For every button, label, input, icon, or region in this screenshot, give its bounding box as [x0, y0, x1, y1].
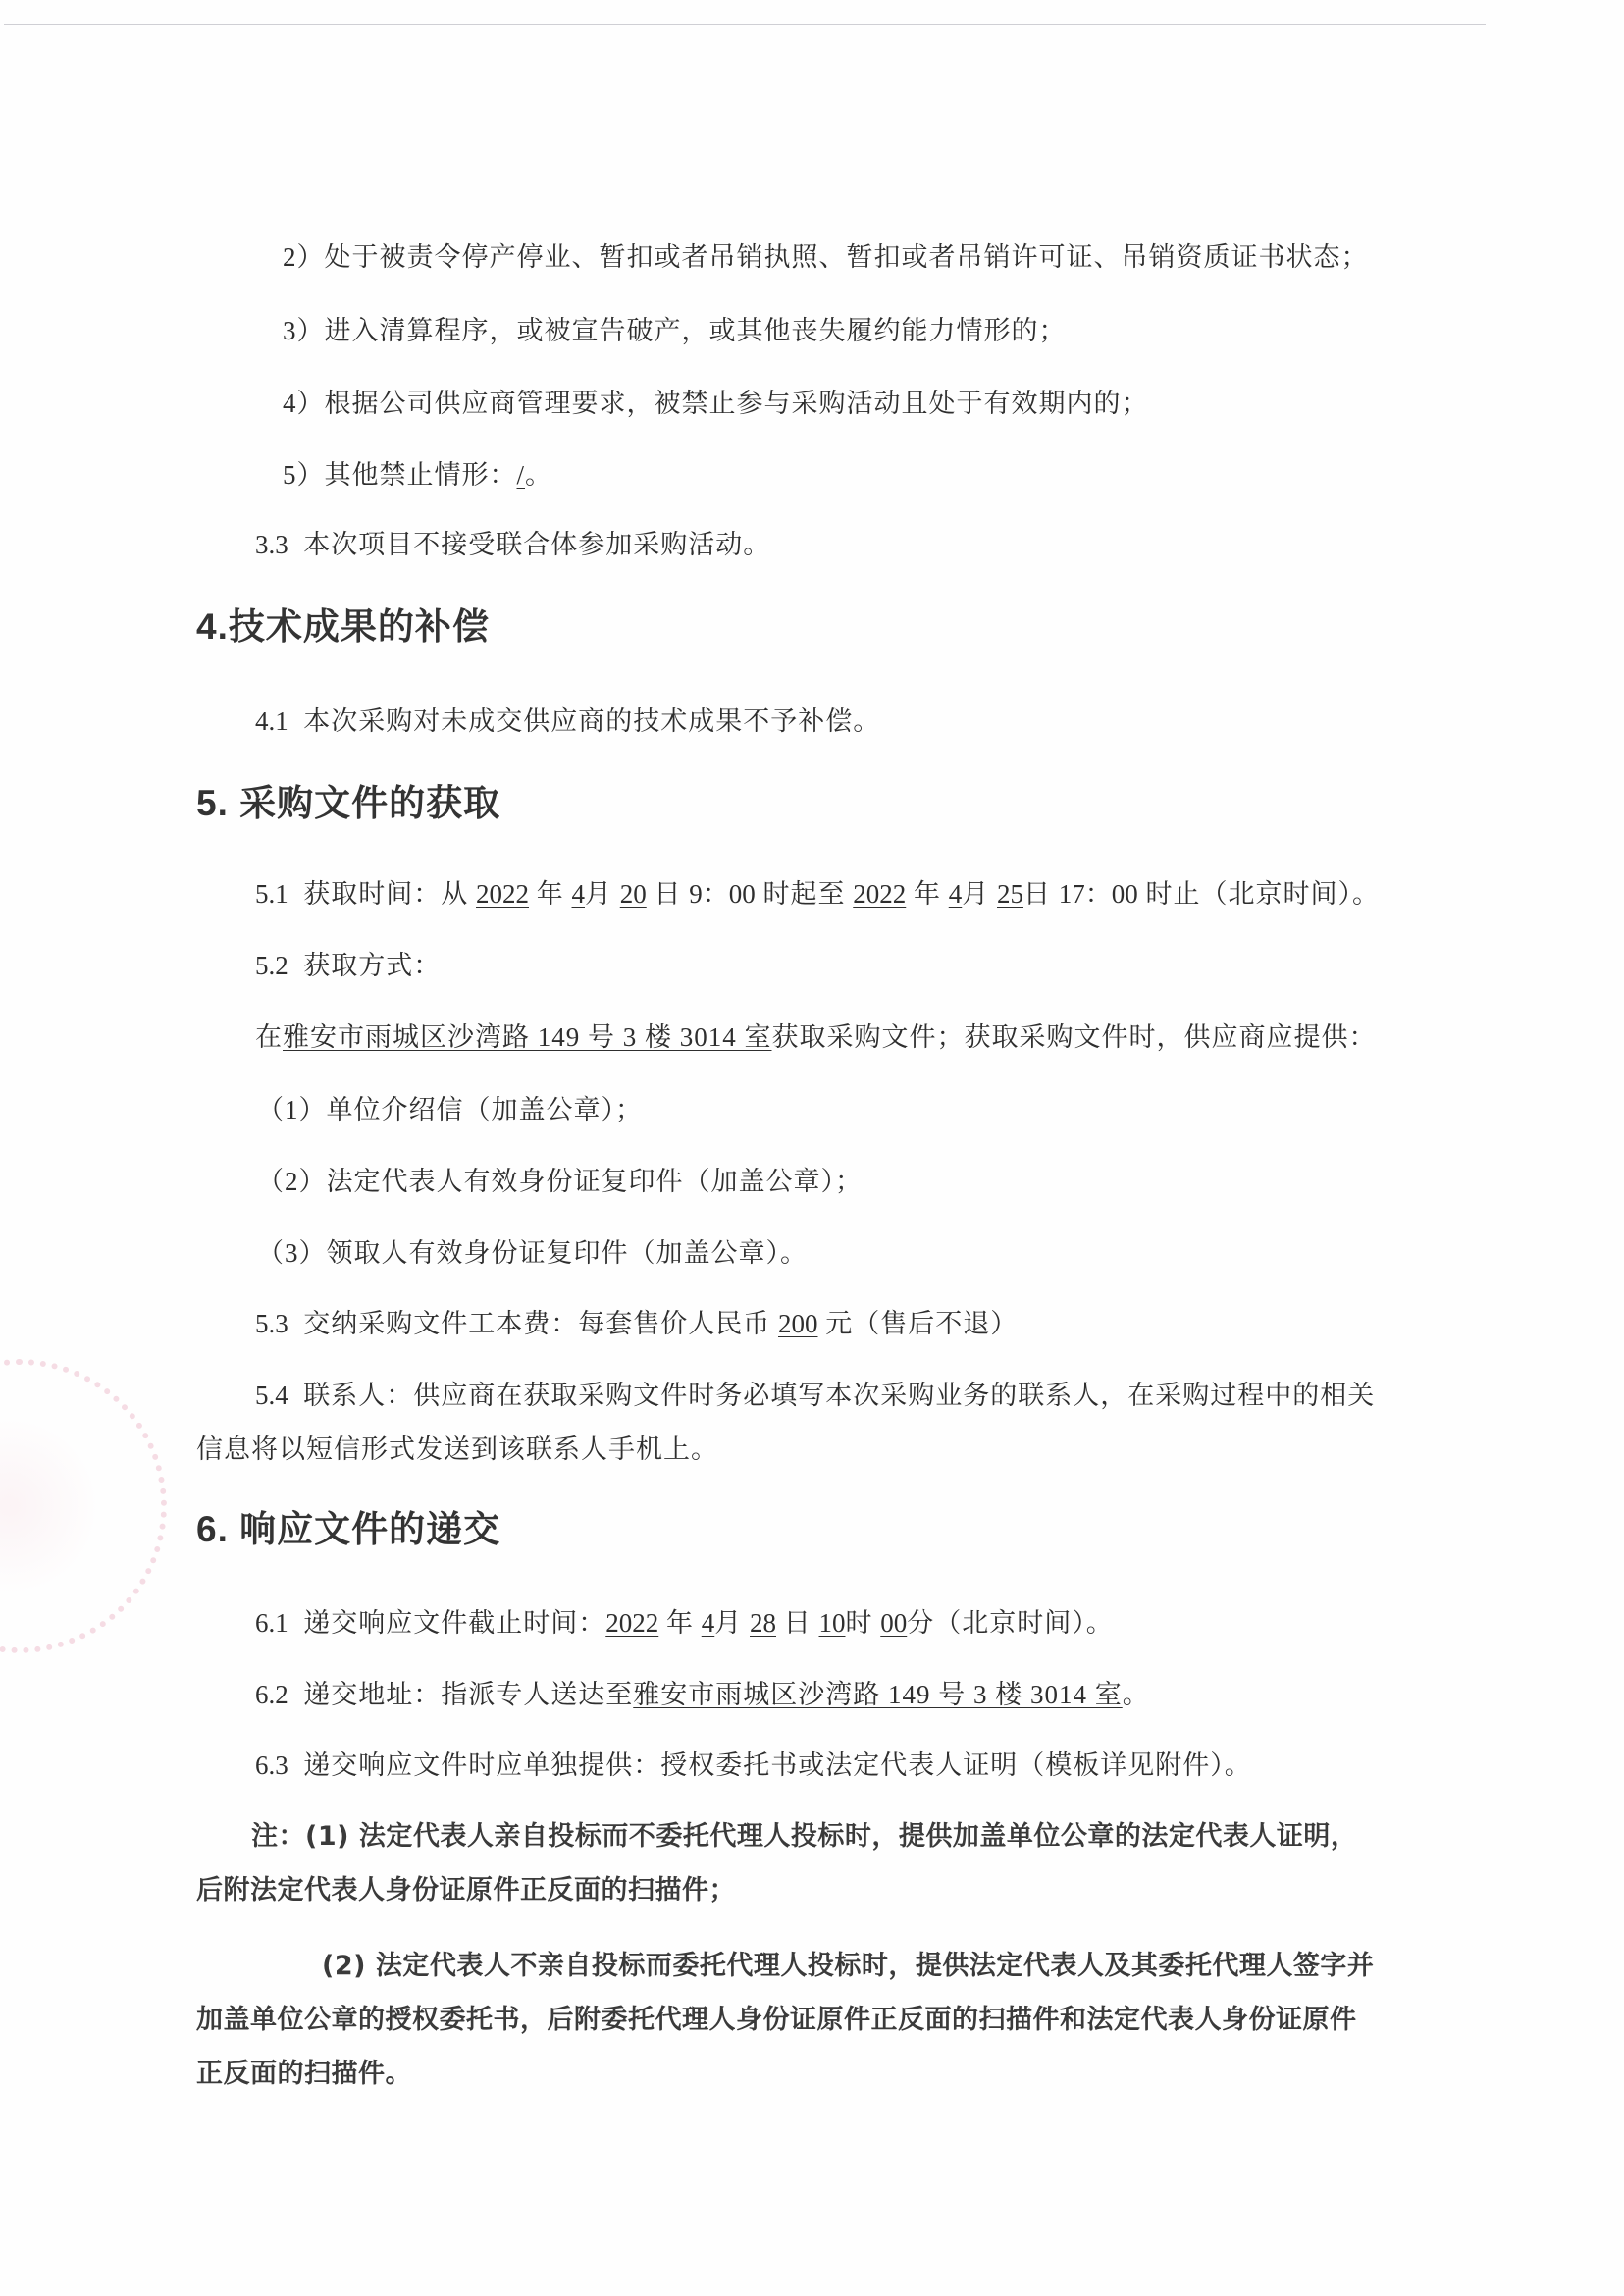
item-marker: 3） [283, 316, 325, 345]
end-year: 2022 [853, 879, 906, 909]
clause-suffix: 。 [1123, 1680, 1150, 1709]
address-prefix: 在 [255, 1022, 283, 1052]
clause-5-1: 5.1 获取时间：从 2022 年 4月 20 日 9：00 时起至 2022 … [255, 877, 1380, 911]
clause-5-2: 5.2 获取方式： [255, 949, 441, 982]
clause-suffix: 时止（北京时间）。 [1146, 879, 1381, 909]
end-day: 25 [997, 879, 1023, 909]
section-heading-5: 5. 采购文件的获取 [196, 782, 500, 825]
start-day: 20 [620, 879, 647, 909]
item-marker: 2） [283, 242, 325, 272]
day-unit: 日 [1023, 879, 1051, 909]
end-month: 4 [949, 879, 963, 909]
list-item: 4）根据公司供应商管理要求，被禁止参与采购活动且处于有效期内的； [283, 387, 1149, 420]
item-suffix: 。 [525, 460, 552, 490]
section-heading-4: 4.技术成果的补偿 [196, 605, 490, 649]
start-month: 4 [572, 879, 586, 909]
start-time: 9：00 [689, 879, 756, 909]
deadline-hour: 10 [819, 1608, 846, 1638]
note-1-line-1: 注：(1) 法定代表人亲自投标而不委托代理人投标时，提供加盖单位公章的法定代表人… [251, 1820, 1357, 1853]
end-time: 17：00 [1059, 879, 1138, 909]
clause-6-1: 6.1 递交响应文件截止时间：2022 年 4月 28 日 10时 00分（北京… [255, 1606, 1114, 1640]
clause-text: 递交响应文件时应单独提供：授权委托书或法定代表人证明（模板详见附件）。 [303, 1750, 1252, 1780]
clause-number: 6.2 [255, 1680, 288, 1709]
clause-5-4: 5.4 联系人：供应商在获取采购文件时务必填写本次采购业务的联系人，在采购过程中… [255, 1379, 1375, 1412]
clause-label: 递交地址：指派专人送达至 [303, 1680, 633, 1709]
clause-number: 5.3 [255, 1309, 288, 1338]
price-value: 200 [778, 1309, 818, 1338]
clause-label: 获取时间：从 [303, 879, 468, 909]
hour-unit: 时 [846, 1608, 873, 1638]
year-unit: 年 [537, 879, 564, 909]
clause-number: 6.1 [255, 1608, 288, 1638]
note-2-line-1: (2) 法定代表人不亲自投标而委托代理人投标时，提供法定代表人及其委托代理人签字… [322, 1950, 1374, 1983]
section-heading-6: 6. 响应文件的递交 [196, 1508, 500, 1551]
note-2-line-2: 加盖单位公章的授权委托书，后附委托代理人身份证原件正反面的扫描件和法定代表人身份… [196, 2004, 1357, 2037]
clause-number: 4.1 [255, 706, 288, 736]
acquisition-address: 雅安市雨城区沙湾路 149 号 3 楼 3014 室 [283, 1022, 772, 1052]
clause-label: 交纳采购文件工本费：每套售价人民币 [303, 1309, 770, 1338]
month-unit: 月 [585, 879, 612, 909]
delivery-address: 雅安市雨城区沙湾路 149 号 3 楼 3014 室 [633, 1680, 1123, 1709]
list-item: 2）处于被责令停产停业、暂扣或者吊销执照、暂扣或者吊销许可证、吊销资质证书状态； [283, 240, 1369, 274]
year-unit: 年 [666, 1608, 694, 1638]
deadline-year: 2022 [605, 1608, 658, 1638]
clause-4-1: 4.1 本次采购对未成交供应商的技术成果不予补偿。 [255, 704, 880, 738]
item-marker: 4） [283, 389, 325, 418]
clause-5-3: 5.3 交纳采购文件工本费：每套售价人民币 200 元（售后不退） [255, 1307, 1018, 1340]
note-2-line-3: 正反面的扫描件。 [196, 2058, 412, 2091]
item-text: 根据公司供应商管理要求，被禁止参与采购活动且处于有效期内的； [325, 389, 1149, 418]
item-text: 进入清算程序，或被宣告破产，或其他丧失履约能力情形的； [325, 316, 1067, 345]
clause-number: 5.2 [255, 951, 288, 980]
day-unit: 日 [784, 1608, 812, 1638]
requirement-item: （3）领取人有效身份证复印件（加盖公章）。 [257, 1236, 808, 1270]
start-year: 2022 [476, 879, 529, 909]
requirement-item: （1）单位介绍信（加盖公章）； [257, 1093, 643, 1126]
day-unit: 日 [655, 879, 682, 909]
acquisition-address-line: 在雅安市雨城区沙湾路 149 号 3 楼 3014 室获取采购文件；获取采购文件… [255, 1020, 1377, 1054]
document-page: 2）处于被责令停产停业、暂扣或者吊销执照、暂扣或者吊销许可证、吊销资质证书状态；… [0, 0, 1624, 2296]
clause-5-4-continuation: 信息将以短信形式发送到该联系人手机上。 [196, 1433, 718, 1466]
clause-label: 递交响应文件截止时间： [303, 1608, 605, 1638]
note-1-line-2: 后附法定代表人身份证原件正反面的扫描件； [196, 1874, 736, 1907]
clause-suffix: 元（售后不退） [825, 1309, 1018, 1338]
clause-number: 5.1 [255, 879, 288, 909]
clause-number: 6.3 [255, 1750, 288, 1780]
list-item: 5）其他禁止情形：/。 [283, 458, 552, 492]
item-marker: 5） [283, 460, 325, 490]
address-suffix: 获取采购文件；获取采购文件时，供应商应提供： [772, 1022, 1377, 1052]
clause-6-2: 6.2 递交地址：指派专人送达至雅安市雨城区沙湾路 149 号 3 楼 3014… [255, 1678, 1150, 1711]
underlined-value: / [517, 460, 526, 490]
deadline-day: 28 [750, 1608, 776, 1638]
year-unit: 年 [914, 879, 941, 909]
deadline-minute: 00 [880, 1608, 907, 1638]
clause-suffix: （北京时间）。 [934, 1608, 1114, 1638]
item-text: 其他禁止情形： [325, 460, 517, 490]
clause-6-3: 6.3 递交响应文件时应单独提供：授权委托书或法定代表人证明（模板详见附件）。 [255, 1748, 1252, 1782]
clause-number: 5.4 [255, 1381, 288, 1410]
month-unit: 月 [714, 1608, 742, 1638]
requirement-item: （2）法定代表人有效身份证复印件（加盖公章）； [257, 1165, 863, 1198]
clause-text: 本次采购对未成交供应商的技术成果不予补偿。 [303, 706, 880, 736]
header-rule [4, 24, 1486, 25]
clause-number: 3.3 [255, 530, 288, 559]
clause-mid: 时起至 [763, 879, 846, 909]
month-unit: 月 [962, 879, 989, 909]
list-item: 3）进入清算程序，或被宣告破产，或其他丧失履约能力情形的； [283, 314, 1067, 347]
clause-label: 获取方式： [303, 951, 441, 980]
clause-text: 联系人：供应商在获取采购文件时务必填写本次采购业务的联系人，在采购过程中的相关 [303, 1381, 1375, 1410]
clause-text: 本次项目不接受联合体参加采购活动。 [303, 530, 770, 559]
deadline-month: 4 [702, 1608, 715, 1638]
clause-3-3: 3.3 本次项目不接受联合体参加采购活动。 [255, 528, 770, 561]
minute-unit: 分 [907, 1608, 934, 1638]
item-text: 处于被责令停产停业、暂扣或者吊销执照、暂扣或者吊销许可证、吊销资质证书状态； [325, 242, 1369, 272]
